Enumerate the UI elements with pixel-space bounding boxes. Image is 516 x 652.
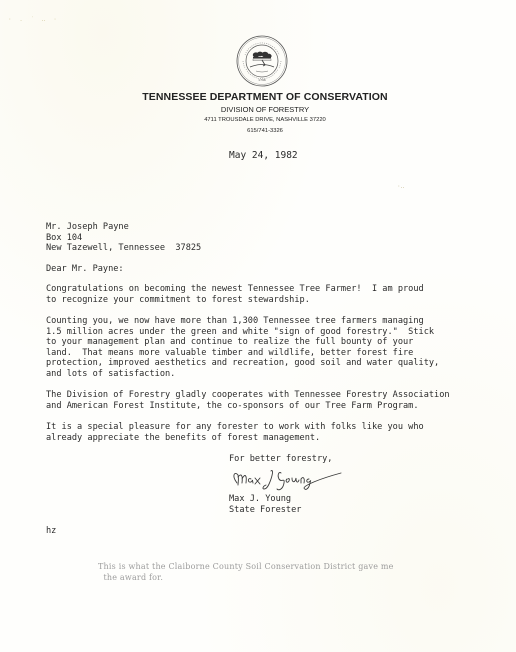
paper-specks: · . ˙ ‥ · bbox=[8, 16, 59, 23]
recipient-address: Mr. Joseph PayneBox 104New Tazewell, Ten… bbox=[46, 222, 201, 254]
svg-text:1796: 1796 bbox=[258, 78, 266, 82]
handwritten-signature-icon bbox=[229, 465, 359, 495]
recipient-city: New Tazewell, Tennessee 37825 bbox=[46, 243, 201, 254]
tennessee-state-seal-icon: 1796 bbox=[236, 35, 288, 87]
body-paragraph-2: Counting you, we now have more than 1,30… bbox=[46, 316, 439, 380]
handwritten-note: This is what the Claiborne County Soil C… bbox=[98, 561, 394, 583]
letter-page: · . ˙ ‥ · ·‥ 1796 TENNESSEE DEPARTMENT O… bbox=[0, 0, 516, 652]
recipient-name: Mr. Joseph Payne bbox=[46, 222, 201, 233]
letterhead-division: DIVISION OF FORESTRY bbox=[135, 105, 395, 114]
salutation: Dear Mr. Payne: bbox=[46, 264, 124, 275]
letterhead-address: 4711 TROUSDALE DRIVE, NASHVILLE 37220 bbox=[135, 117, 395, 123]
letter-date: May 24, 1982 bbox=[229, 150, 298, 161]
letterhead-title: TENNESSEE DEPARTMENT OF CONSERVATION bbox=[135, 91, 395, 103]
closing: For better forestry, bbox=[229, 454, 332, 465]
body-paragraph-4: It is a special pleasure for any foreste… bbox=[46, 422, 424, 443]
recipient-box: Box 104 bbox=[46, 233, 201, 244]
signer-title: State Forester bbox=[229, 505, 301, 516]
signer-block: Max J. YoungState Forester bbox=[229, 494, 301, 515]
body-paragraph-1: Congratulations on becoming the newest T… bbox=[46, 284, 424, 305]
typist-initials: hz bbox=[46, 526, 56, 537]
signer-name: Max J. Young bbox=[229, 494, 301, 505]
paper-speck: ·‥ bbox=[397, 183, 405, 190]
letterhead-phone: 615/741-3326 bbox=[135, 128, 395, 134]
body-paragraph-3: The Division of Forestry gladly cooperat… bbox=[46, 390, 450, 411]
